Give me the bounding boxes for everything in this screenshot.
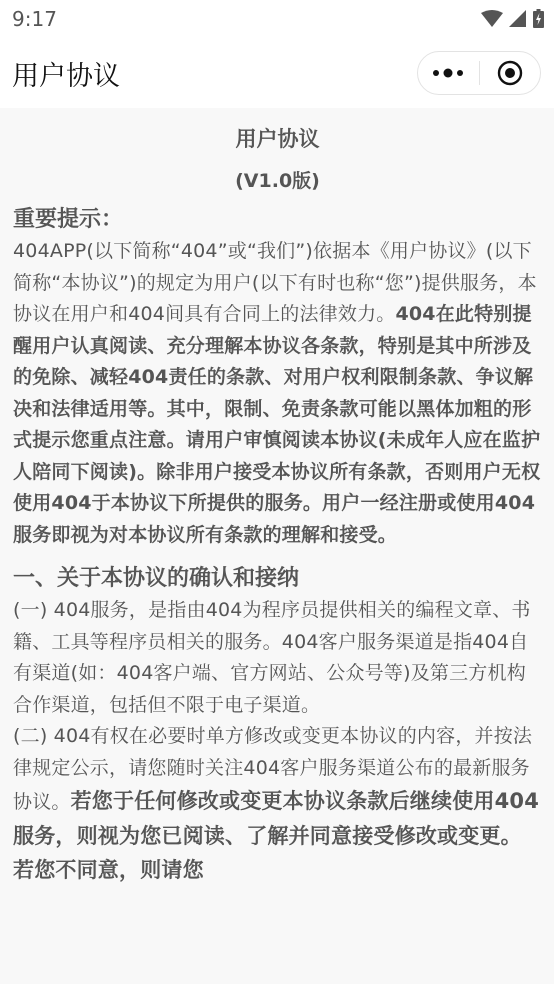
menu-capsule — [417, 51, 541, 95]
section-1-item-2: (二) 404有权在必要时单方修改或变更本协议的内容，并按法律规定公示，请您随时… — [13, 721, 542, 888]
more-dots-icon — [432, 67, 464, 79]
status-bar: 9:17 — [0, 0, 554, 38]
item-bold-text: 若您于任何修改或变更本协议条款后继续使用404服务，则视为您已阅读、了解并同意接… — [13, 789, 539, 882]
nav-bar: 用户协议 — [0, 38, 554, 108]
status-time: 9:17 — [12, 7, 57, 31]
status-icons — [481, 9, 544, 28]
document-content[interactable]: 用户协议 (V1.0版) 重要提示： 404APP(以下简称“404”或“我们”… — [0, 108, 554, 888]
item-normal-text: (一) 404服务，是指由404为程序员提供相关的编程文章、书籍、工具等程序员相… — [13, 599, 531, 716]
section-1-item-1: (一) 404服务，是指由404为程序员提供相关的编程文章、书籍、工具等程序员相… — [13, 595, 542, 721]
document-version: (V1.0版) — [13, 166, 542, 196]
intro-paragraph: 404APP(以下简称“404”或“我们”)依据本《用户协议》(以下简称“本协议… — [13, 236, 542, 551]
target-close-icon — [497, 60, 523, 86]
notice-heading: 重要提示： — [13, 204, 542, 236]
more-button[interactable] — [418, 52, 479, 94]
signal-icon — [509, 10, 527, 28]
document-title: 用户协议 — [13, 108, 542, 154]
intro-bold-text: 404在此特别提醒用户认真阅读、充分理解本协议各条款，特别是其中所涉及的免除、减… — [13, 303, 540, 546]
nav-title: 用户协议 — [12, 54, 120, 93]
section-heading-1: 一、关于本协议的确认和接纳 — [13, 563, 542, 595]
wifi-icon — [481, 10, 503, 28]
battery-charging-icon — [533, 9, 544, 28]
close-button[interactable] — [480, 52, 541, 94]
